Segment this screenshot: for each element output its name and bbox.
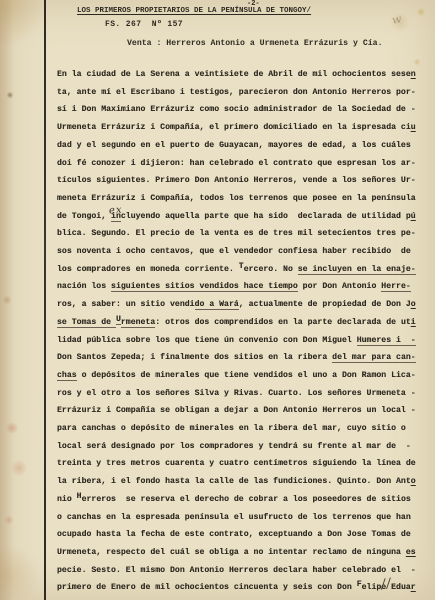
- text-segment: doi fé conozer i dijieron: han celebrado…: [57, 159, 416, 168]
- pencil-mark-top-right: w: [391, 12, 403, 27]
- text-segment: tículos siguientes. Primero Don Antonio …: [57, 176, 416, 185]
- text-segment: o canchas en la espresada península el u…: [57, 513, 411, 522]
- document-body: En la ciudad de La Serena a veintisiete …: [57, 66, 422, 597]
- folio-reference: FS. 267 Nº 157: [105, 20, 183, 29]
- document-line: Urmeneta, respecto del cuál se obliga a …: [57, 544, 422, 562]
- text-segment: lidad pública sobre los que tiene ún con…: [57, 336, 357, 345]
- text-segment: : otros dos comprendidos en la parte dec…: [155, 318, 411, 327]
- text-segment: Urmeneta Errázuriz i Compañía, el primer…: [57, 123, 411, 132]
- document-line: local será designado por los compradores…: [57, 438, 422, 456]
- text-segment: o depósitos de minerales que tiene vendi…: [77, 371, 416, 380]
- text-segment: ercero. No: [244, 265, 298, 274]
- document-line: Urmeneta Errázuriz i Compañía, el primer…: [57, 119, 422, 137]
- scanned-document-page: -2- LOS PRIMEROS PROPIETARIOS DE LA PENÍ…: [0, 0, 435, 600]
- text-segment: do a Wará: [195, 300, 239, 310]
- text-segment: de Tongoi,: [57, 212, 111, 221]
- document-line: lidad pública sobre los que tiene ún con…: [57, 332, 422, 350]
- document-line: tículos siguientes. Primero Don Antonio …: [57, 172, 422, 190]
- text-segment: i: [411, 318, 416, 327]
- text-segment: pecie. Sesto. El mismo Don Antonio Herre…: [57, 566, 416, 575]
- text-segment: n: [411, 70, 416, 79]
- document-title: LOS PRIMEROS PROPIETARIOS DE LA PENÍNSUL…: [77, 7, 311, 15]
- document-line: treinta y tres metros cuarenta y cuatro …: [57, 455, 422, 473]
- handwritten-slash-mark: //..: [380, 575, 403, 593]
- document-line: pecie. Sesto. El mismo Don Antonio Herre…: [57, 562, 422, 580]
- text-segment: sí i Don Maximiano Errázuriz como socio …: [57, 105, 416, 114]
- document-line: ocupado hasta la fecha de este contrato,…: [57, 526, 422, 544]
- document-line: de Tongoi, inexcluyendo aquella parte qu…: [57, 208, 422, 226]
- text-segment: del mar para can-: [332, 353, 416, 363]
- document-line: chas o depósitos de minerales que tiene …: [57, 367, 422, 385]
- document-line: blica. Segundo. El precio de la venta es…: [57, 225, 422, 243]
- text-segment: dad y el segundo en el puerto de Guayaca…: [57, 141, 411, 150]
- text-segment: para canchas o depósito de minerales en …: [57, 424, 406, 433]
- document-line: Don Santos Zepeda; i finalmente dos siti…: [57, 349, 422, 367]
- text-segment: siguientes sitios vendidos hace tiempo: [111, 282, 298, 292]
- document-line: ros y el otro a los señores Silva y Riva…: [57, 385, 422, 403]
- text-segment: cluyendo aquella parte que ha sido decla…: [121, 212, 411, 221]
- document-line: nio Herreros se reserva el derecho de co…: [57, 491, 422, 509]
- text-segment: , actualmente de propiedad de Don J: [239, 300, 411, 309]
- text-segment: Urmeneta, respecto del cuál se obliga a …: [57, 548, 406, 557]
- text-segment: sos noventa i ocho centavos, que el vend…: [57, 247, 411, 256]
- document-line: se Tomas de Urmeneta: otros dos comprend…: [57, 314, 422, 332]
- text-segment: ros, a saber: un sitio vendi: [57, 300, 195, 309]
- text-segment: la ribera, i el fondo hasta la calle de …: [57, 477, 411, 486]
- document-line: los compradores en moneda corriente. Ter…: [57, 261, 422, 279]
- document-line: ta, ante mí el Escribano i testigos, par…: [57, 84, 422, 102]
- text-segment: u: [411, 123, 416, 132]
- document-line: o canchas en la espresada península el u…: [57, 509, 422, 527]
- document-line: ros, a saber: un sitio vendido a Wará, a…: [57, 296, 422, 314]
- text-segment: ú: [411, 212, 416, 221]
- text-segment: por Don Antonio: [298, 282, 382, 291]
- handwritten-correction: ex: [108, 201, 123, 220]
- document-line: sí i Don Maximiano Errázuriz como socio …: [57, 101, 422, 119]
- document-line: la ribera, i el fondo hasta la calle de …: [57, 473, 422, 491]
- text-segment: Herre-: [381, 282, 410, 292]
- deed-subject-line: Venta : Herreros Antonio a Urmeneta Errá…: [127, 39, 383, 48]
- text-segment: r: [411, 583, 416, 592]
- document-line: dad y el segundo en el puerto de Guayaca…: [57, 137, 422, 155]
- text-segment: se Tomas de: [57, 318, 116, 328]
- document-line: para canchas o depósito de minerales en …: [57, 420, 422, 438]
- text-segment: rmeneta: [121, 318, 155, 328]
- text-segment: blica. Segundo. El precio de la venta es…: [57, 229, 416, 238]
- document-line: Errázuriz i Compañía se obligan a dejar …: [57, 402, 422, 420]
- text-segment: Errázuriz i Compañía se obligan a dejar …: [57, 406, 416, 415]
- text-segment: T: [239, 262, 244, 271]
- text-segment: nación los: [57, 282, 111, 291]
- text-segment: local será designado por los compradores…: [57, 442, 411, 451]
- text-segment: En la ciudad de La Serena a veintisiete …: [57, 70, 411, 79]
- text-segment: los compradores en moneda corriente.: [57, 265, 239, 274]
- text-segment: treinta y tres metros cuarenta y cuatro …: [57, 459, 416, 468]
- text-segment: H: [77, 492, 82, 501]
- text-segment: primero de Enero de mil ochocientos cinc…: [57, 583, 357, 592]
- text-segment: U: [116, 315, 121, 325]
- document-line: sos noventa i ocho centavos, que el vend…: [57, 243, 422, 261]
- text-segment: erreros se reserva el derecho de cobrar …: [82, 495, 411, 504]
- text-segment: ros y el otro a los señores Silva y Riva…: [57, 389, 416, 398]
- text-segment: F: [357, 580, 362, 589]
- text-segment: o: [411, 300, 416, 309]
- text-segment: o: [411, 477, 416, 486]
- document-line: nación los siguientes sitios vendidos ha…: [57, 278, 422, 296]
- document-line: primero de Enero de mil ochocientos cinc…: [57, 579, 422, 597]
- text-segment: nio: [57, 495, 77, 504]
- text-segment: inex: [111, 212, 121, 222]
- text-segment: Humeres i -: [357, 336, 416, 346]
- margin-rule-line: [44, 0, 46, 600]
- text-segment: es: [406, 548, 416, 557]
- document-line: doi fé conozer i dijieron: han celebrado…: [57, 155, 422, 173]
- text-segment: Don Santos Zepeda; i finalmente dos siti…: [57, 353, 332, 362]
- text-segment: ta, ante mí el Escribano i testigos, par…: [57, 88, 416, 97]
- document-line: En la ciudad de La Serena a veintisiete …: [57, 66, 422, 84]
- text-segment: se incluyen en la enaje-: [298, 265, 416, 275]
- text-segment: chas: [57, 371, 77, 381]
- text-segment: ocupado hasta la fecha de este contrato,…: [57, 530, 411, 539]
